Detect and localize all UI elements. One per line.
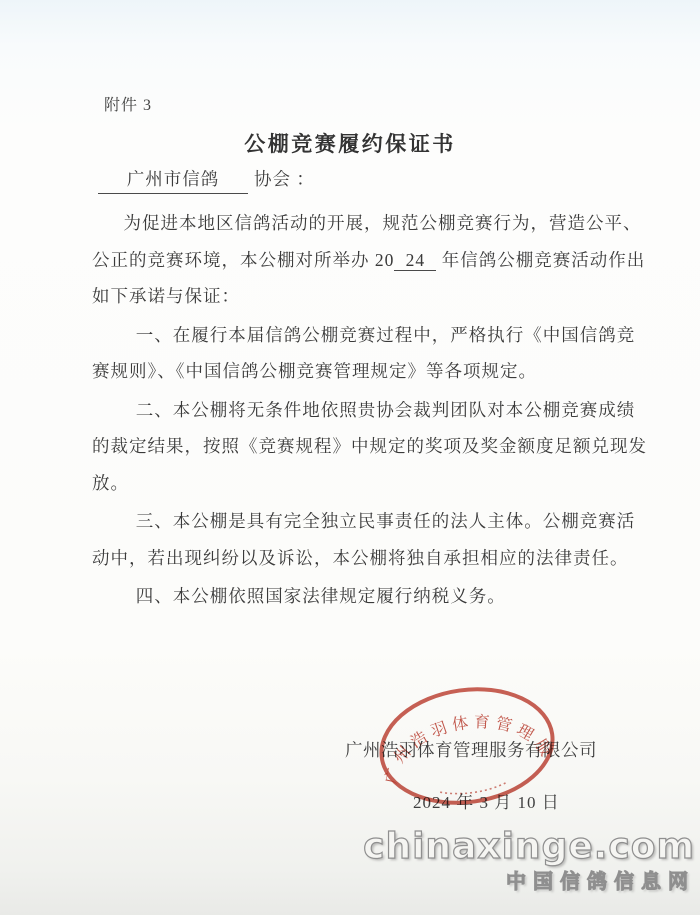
item-1-line-1: 一、在履行本届信鸽公棚竞赛过程中，严格执行《中国信鸽竞 <box>92 317 616 354</box>
intro-line-2-suffix: 年信鸽公棚竞赛活动作出 <box>442 250 646 270</box>
item-1-paragraph: 一、在履行本届信鸽公棚竞赛过程中，严格执行《中国信鸽竞 赛规则》、《中国信鸽公棚… <box>92 317 616 390</box>
intro-line-2: 公正的竞赛环境，本公棚对所举办 2024 年信鸽公棚竞赛活动作出 <box>92 242 616 279</box>
document-title: 公棚竞赛履约保证书 <box>0 128 700 158</box>
document-body: 为促进本地区信鸽活动的开展，规范公棚竞赛行为，营造公平、 公正的竞赛环境，本公棚… <box>92 205 616 617</box>
item-3-line-2: 动中，若出现纠纷以及诉讼，本公棚将独自承担相应的法律责任。 <box>92 540 616 577</box>
year-blank-value: 24 <box>394 250 436 271</box>
stamp-graphic: 广州浩羽体育管理服务有限公司 <box>364 669 570 822</box>
intro-line-1: 为促进本地区信鸽活动的开展，规范公棚竞赛行为，营造公平、 <box>92 205 616 242</box>
salutation-line: 广州市信鸽协会 ： <box>98 166 315 194</box>
intro-line-2-prefix: 公正的竞赛环境，本公棚对所举办 20 <box>92 250 394 270</box>
item-4-line-1: 四、本公棚依照国家法律规定履行纳税义务。 <box>92 578 616 615</box>
item-4-paragraph: 四、本公棚依照国家法律规定履行纳税义务。 <box>92 578 616 615</box>
salutation-suffix: 协会 ： <box>254 169 315 189</box>
attachment-label: 附件 3 <box>104 92 152 115</box>
item-3-paragraph: 三、本公棚是具有完全独立民事责任的法人主体。公棚竞赛活 动中，若出现纠纷以及诉讼… <box>92 503 616 576</box>
svg-text:广州浩羽体育管理服务有限公司: 广州浩羽体育管理服务有限公司 <box>364 669 559 790</box>
item-2-line-3: 放。 <box>92 465 616 502</box>
site-watermark: chinaxinge.com 中国信鸽信息网 <box>363 828 695 894</box>
intro-line-3: 如下承诺与保证： <box>92 278 616 315</box>
recipient-blank: 广州市信鸽 <box>98 166 248 194</box>
item-1-line-2: 赛规则》、《中国信鸽公棚竞赛管理规定》等各项规定。 <box>92 353 616 390</box>
stamp-text: 广州浩羽体育管理服务有限公司 <box>364 669 559 790</box>
watermark-site-name: 中国信鸽信息网 <box>363 868 695 894</box>
watermark-site-url: chinaxinge.com <box>363 828 695 866</box>
intro-paragraph: 为促进本地区信鸽活动的开展，规范公棚竞赛行为，营造公平、 公正的竞赛环境，本公棚… <box>92 205 616 315</box>
company-stamp: 广州浩羽体育管理服务有限公司 <box>364 669 570 822</box>
item-2-line-2: 的裁定结果，按照《竞赛规程》中规定的奖项及奖金额度足额兑现发 <box>92 428 616 465</box>
document-page: 附件 3 公棚竞赛履约保证书 广州市信鸽协会 ： 为促进本地区信鸽活动的开展，规… <box>0 0 700 915</box>
item-2-paragraph: 二、本公棚将无条件地依照贵协会裁判团队对本公棚竞赛成绩 的裁定结果，按照《竞赛规… <box>92 392 616 502</box>
item-3-line-1: 三、本公棚是具有完全独立民事责任的法人主体。公棚竞赛活 <box>92 503 616 540</box>
item-2-line-1: 二、本公棚将无条件地依照贵协会裁判团队对本公棚竞赛成绩 <box>92 392 616 429</box>
